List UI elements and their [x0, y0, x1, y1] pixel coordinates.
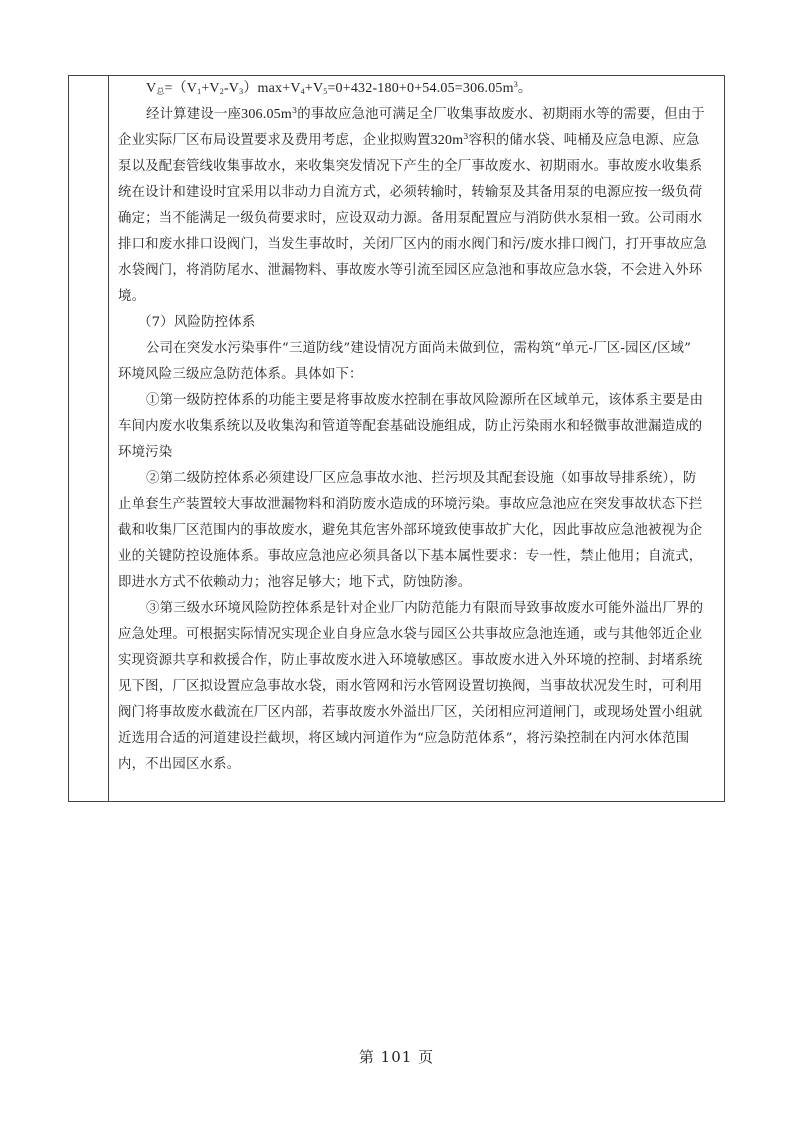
paragraph-line: 应急处理。可根据实际情况实现企业自身应急水袋与园区公共事故应急池连通，或与其他邻…	[118, 622, 712, 648]
paragraph-line: ①第一级防控体系的功能主要是将事故废水控制在事故风险源所在区域单元，该体系主要是…	[118, 388, 712, 414]
paragraph-line: 实现资源共享和救援合作，防止事故废水进入环境敏感区。事故废水进入外环境的控制、封…	[118, 648, 712, 674]
formula-text: +V	[305, 81, 323, 96]
paragraph-line: 截和收集厂区范围内的事故废水，避免其危害外部环境致使事故扩大化，因此事故应急池被…	[118, 518, 712, 544]
paragraph-line: 阀门将事故废水截流在厂区内部，若事故废水外溢出厂区，关闭相应河道闸门，或现场处置…	[118, 700, 712, 726]
page-number: 第 101 页	[0, 1046, 793, 1067]
formula-text: -V	[224, 81, 239, 96]
formula-text: ）max+V	[243, 81, 300, 96]
text: 企业实际厂区布局设置要求及费用考虑，企业拟购置	[118, 133, 431, 148]
paragraph-line: 经计算建设一座306.05m3的事故应急池可满足全厂收集事故废水、初期雨水等的需…	[118, 102, 712, 128]
paragraph-line: 内，不出园区水系。	[118, 752, 712, 778]
paragraph-line: ②第二级防控体系必须建设厂区应急事故水池、拦污坝及其配套设施（如事故导排系统），…	[118, 466, 712, 492]
paragraph-line: 环境污染	[118, 440, 712, 466]
formula-subscript: 总	[156, 87, 164, 96]
paragraph-line: 公司在突发水污染事件“三道防线”建设情况方面尚未做到位，需构筑“单元-厂区-园区…	[118, 336, 712, 362]
paragraph-line: 近选用合适的河道建设拦截坝，将区域内河道作为“应急防范体系”，将污染控制在内河水…	[118, 726, 712, 752]
paragraph-line: 企业实际厂区布局设置要求及费用考虑，企业拟购置320m3容积的储水袋、吨桶及应急…	[118, 128, 712, 154]
text: 的事故应急池可满足全厂收集事故废水、初期雨水等的需要，但由于	[297, 107, 705, 122]
paragraph-line: 业的关键防控设施体系。事故应急池应必须具备以下基本属性要求：专一性，禁止他用；自…	[118, 544, 712, 570]
table-left-column	[69, 76, 109, 801]
document-table: V总=（V1+V2-V3）max+V4+V5=0+432-180+0+54.05…	[68, 75, 725, 802]
formula-text: +V	[201, 81, 219, 96]
paragraph-line: 即进水方式不依赖动力；池容足够大；地下式，防蚀防渗。	[118, 570, 712, 596]
paragraph-line: ③第三级水环境风险防控体系是针对企业厂内防范能力有限而导致事故废水可能外溢出厂界…	[118, 596, 712, 622]
text: 容积的储水袋、吨桶及应急电源、应急	[469, 133, 700, 148]
formula-text: 。	[518, 81, 532, 96]
formula-text: V	[146, 81, 156, 96]
volume-formula: V总=（V1+V2-V3）max+V4+V5=0+432-180+0+54.05…	[118, 76, 712, 102]
paragraph-line: 统在设计和建设时宜采用以非动力自流方式，必须转输时，转输泵及其备用泵的电源应按一…	[118, 180, 712, 206]
paragraph-line: 止单套生产装置较大事故泄漏物料和消防废水造成的环境污染。事故应急池应在突发事故状…	[118, 492, 712, 518]
paragraph-line: 境。	[118, 284, 712, 310]
paragraph-line: 见下图，厂区拟设置应急事故水袋，雨水管网和污水管网设置切换阀，当事故状况发生时，…	[118, 674, 712, 700]
section-heading: （7）风险防控体系	[118, 310, 712, 336]
paragraph-line: 确定；当不能满足一级负荷要求时，应设双动力源。备用泵配置应与消防供水泵相一致。公…	[118, 206, 712, 232]
formula-text: =0+432-180+0+54.05=306.05m	[327, 81, 513, 96]
paragraph-line: 车间内废水收集系统以及收集沟和管道等配套基础设施组成，防止污染雨水和轻微事故泄漏…	[118, 414, 712, 440]
paragraph-line: 水袋阀门，将消防尾水、泄漏物料、事故废水等引流至园区应急池和事故应急水袋，不会进…	[118, 258, 712, 284]
number: 320m	[431, 133, 464, 148]
paragraph-line: 环境风险三级应急防范体系。具体如下：	[118, 362, 712, 388]
paragraph-line: 泵以及配套管线收集事故水，来收集突发情况下产生的全厂事故废水、初期雨水。事故废水…	[118, 154, 712, 180]
number: 306.05m	[241, 107, 292, 122]
table-content-cell: V总=（V1+V2-V3）max+V4+V5=0+432-180+0+54.05…	[109, 76, 724, 801]
formula-text: =（V	[165, 81, 198, 96]
text: 经计算建设一座	[146, 107, 241, 122]
paragraph-line: 排口和废水排口设阀门，当发生事故时，关闭厂区内的雨水阀门和污/废水排口阀门，打开…	[118, 232, 712, 258]
